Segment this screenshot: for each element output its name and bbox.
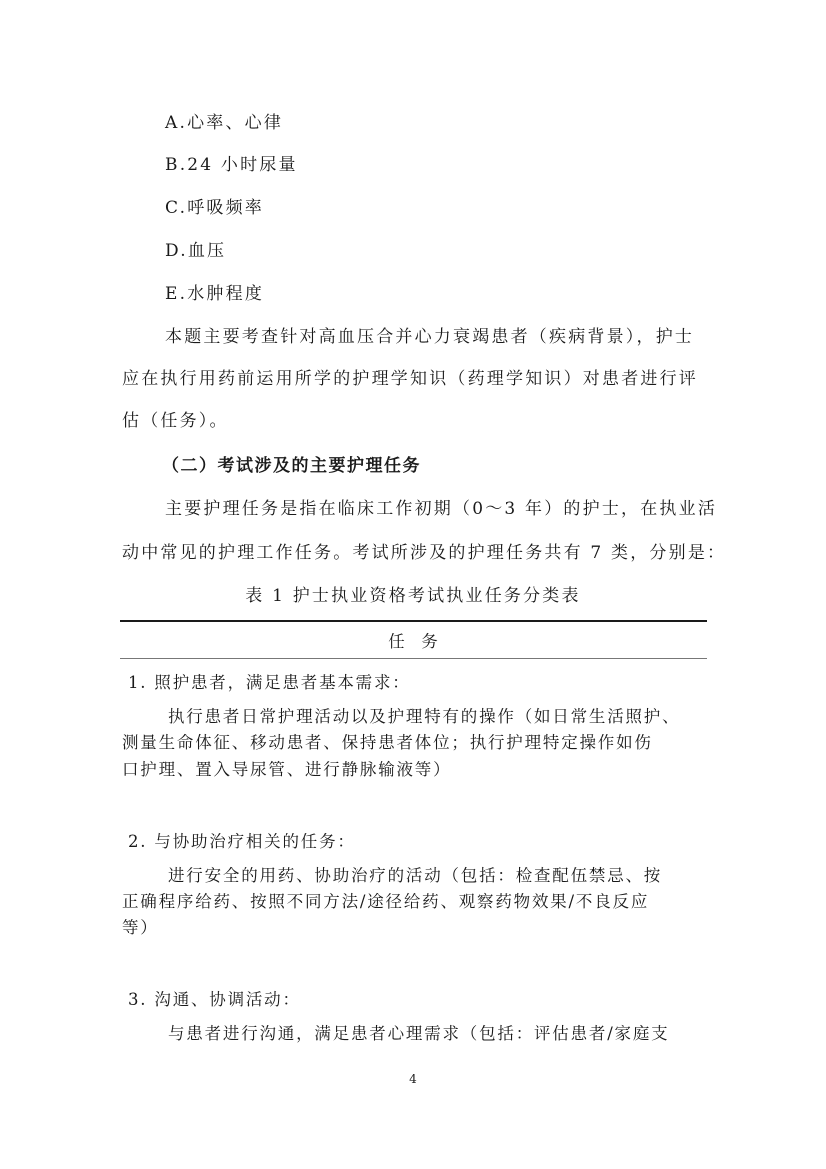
option-b: B.24 小时尿量 (165, 155, 298, 175)
task-1-line-1: 执行患者日常护理活动以及护理特有的操作（如日常生活照护、 (168, 707, 680, 727)
table-top-rule (120, 620, 707, 622)
option-c: C.呼吸频率 (165, 198, 264, 218)
option-d: D.血压 (165, 241, 226, 261)
page-number: 4 (0, 1072, 826, 1086)
explanation-line-3: 估（任务）。 (122, 411, 229, 431)
table-header-rule (120, 658, 707, 659)
option-a: A.心率、心律 (165, 113, 283, 133)
task-1-title: 1. 照护患者，满足患者基本需求： (128, 673, 411, 693)
task-2-line-3: 等） (122, 918, 159, 938)
table-caption: 表 1 护士执业资格考试执业任务分类表 (0, 586, 826, 606)
intro-line-2: 动中常见的护理工作任务。考试所涉及的护理任务共有 7 类，分别是： (122, 543, 726, 563)
task-2-line-2: 正确程序给药、按照不同方法/途径给药、观察药物效果/不良反应 (122, 892, 649, 912)
document-page: A.心率、心律 B.24 小时尿量 C.呼吸频率 D.血压 E.水肿程度 本题主… (0, 0, 826, 1169)
task-1-line-2: 测量生命体征、移动患者、保持患者体位；执行护理特定操作如伤 (122, 733, 653, 753)
task-1-line-3: 口护理、置入导尿管、进行静脉输液等） (122, 760, 451, 780)
explanation-line-2: 应在执行用药前运用所学的护理学知识（药理学知识）对患者进行评 (122, 369, 698, 389)
task-2-title: 2. 与协助治疗相关的任务： (128, 832, 356, 852)
explanation-line-1: 本题主要考查针对高血压合并心力衰竭患者（疾病背景），护士 (165, 327, 694, 347)
task-2-line-1: 进行安全的用药、协助治疗的活动（包括：检查配伍禁忌、按 (168, 866, 662, 886)
section-heading: （二）考试涉及的主要护理任务 (162, 456, 421, 476)
task-3-title: 3. 沟通、协调活动： (128, 990, 301, 1010)
option-e: E.水肿程度 (165, 284, 264, 304)
table-header: 任 务 (0, 632, 826, 652)
task-3-line-1: 与患者进行沟通，满足患者心理需求（包括：评估患者/家庭支 (168, 1024, 669, 1044)
intro-line-1: 主要护理任务是指在临床工作初期（0～3 年）的护士，在执业活 (165, 499, 717, 519)
